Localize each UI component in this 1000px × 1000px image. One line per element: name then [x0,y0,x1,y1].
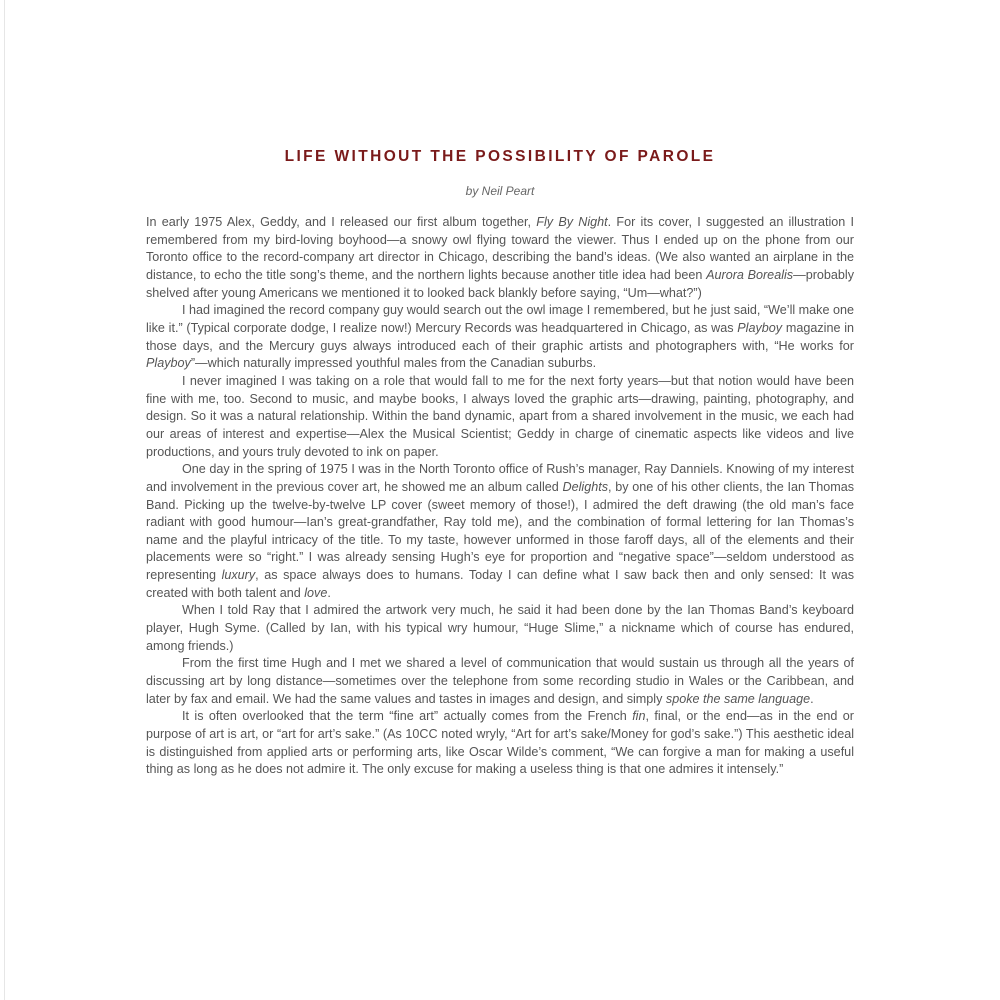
text-segment: , by one of his other clients, the Ian T… [146,480,854,582]
text-segment: . [327,586,331,600]
paragraph: In early 1975 Alex, Geddy, and I release… [146,214,854,302]
album-title-delights: Delights [563,480,609,494]
document-title: LIFE WITHOUT THE POSSIBILITY OF PAROLE [146,146,854,168]
text-segment: . [810,692,814,706]
page-edge-divider [4,0,5,1000]
paragraph: It is often overlooked that the term “fi… [146,708,854,779]
text-segment: ”—which naturally impressed youthful mal… [191,356,596,370]
text-segment: When I told Ray that I admired the artwo… [146,603,854,652]
paragraph: One day in the spring of 1975 I was in t… [146,461,854,602]
emphasis-spoke-the-same-language: spoke the same language [666,692,810,706]
text-segment: It is often overlooked that the term “fi… [182,709,632,723]
author-byline: by Neil Peart [146,182,854,200]
album-title-fly-by-night: Fly By Night [536,215,607,229]
magazine-playboy: Playboy [146,356,191,370]
paragraph: I never imagined I was taking on a role … [146,373,854,461]
magazine-playboy: Playboy [737,321,782,335]
paragraph: From the first time Hugh and I met we sh… [146,655,854,708]
text-segment: In early 1975 Alex, Geddy, and I release… [146,215,536,229]
paragraph: When I told Ray that I admired the artwo… [146,602,854,655]
document-page: LIFE WITHOUT THE POSSIBILITY OF PAROLE b… [146,146,854,779]
emphasis-luxury: luxury [222,568,256,582]
emphasis-love: love [304,586,327,600]
title-aurora-borealis: Aurora Borealis [706,268,793,282]
paragraph: I had imagined the record company guy wo… [146,302,854,373]
emphasis-fin: fin [632,709,645,723]
text-segment: I never imagined I was taking on a role … [146,374,854,459]
article-body: In early 1975 Alex, Geddy, and I release… [146,214,854,779]
